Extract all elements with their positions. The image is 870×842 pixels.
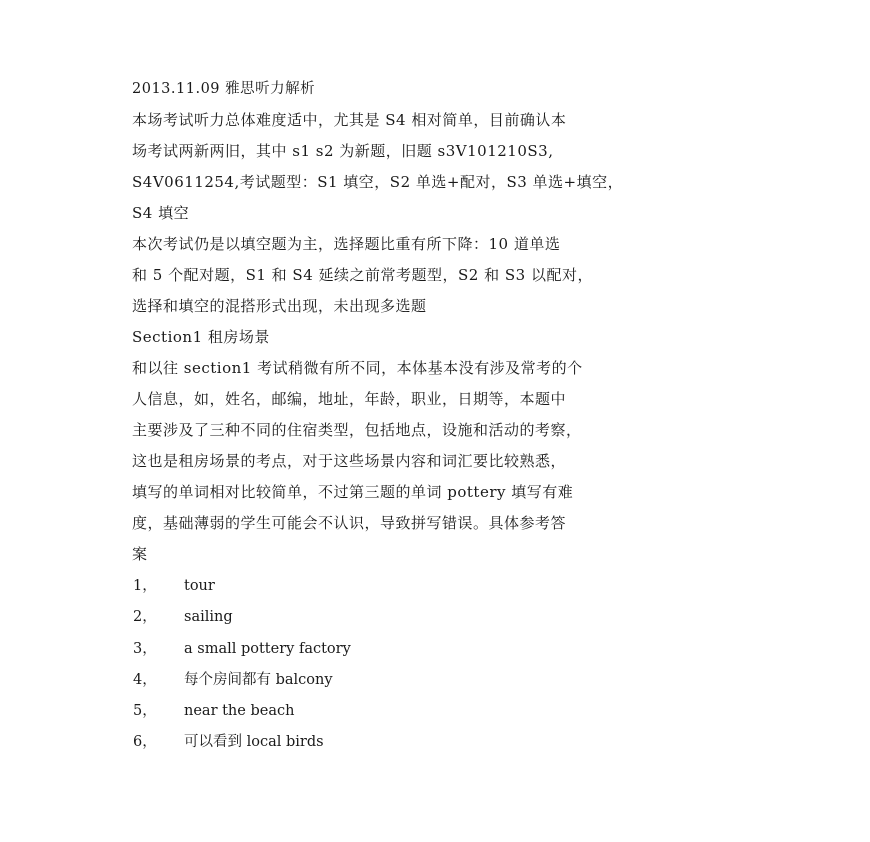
document-title: 2013.11.09 雅思听力解析 — [132, 74, 740, 105]
text-line: 和以往 section1 考试稍微有所不同，本体基本没有涉及常考的个 — [132, 353, 740, 384]
answer-number: 6， — [133, 727, 157, 758]
answer-number: 2， — [133, 602, 157, 633]
text-line: S4 填空 — [132, 198, 740, 229]
answer-text: near the beach — [184, 696, 294, 727]
answer-number: 1， — [133, 571, 157, 602]
answer-number: 5， — [133, 696, 157, 727]
text-line: 和 5 个配对题，S1 和 S4 延续之前常考题型，S2 和 S3 以配对， — [132, 260, 740, 291]
intro-paragraph-2: 本次考试仍是以填空题为主，选择题比重有所下降：10 道单选 和 5 个配对题，S… — [132, 229, 740, 322]
text-line: 选择和填空的混搭形式出现，未出现多选题 — [132, 291, 740, 322]
answer-text: a small pottery factory — [184, 634, 351, 665]
text-line: 人信息，如，姓名，邮编，地址，年龄，职业，日期等，本题中 — [132, 384, 740, 415]
text-line: 填写的单词相对比较简单，不过第三题的单词 pottery 填写有难 — [132, 477, 740, 508]
section-heading: Section1 租房场景 — [132, 322, 740, 353]
answer-item: 3， a small pottery factory — [132, 634, 740, 665]
answer-number: 4， — [133, 665, 157, 696]
text-line: 本次考试仍是以填空题为主，选择题比重有所下降：10 道单选 — [132, 229, 740, 260]
answer-item: 5， near the beach — [132, 696, 740, 727]
answer-item: 6， 可以看到 local birds — [132, 727, 740, 758]
intro-paragraph-1: 本场考试听力总体难度适中，尤其是 S4 相对简单，目前确认本 场考试两新两旧，其… — [132, 105, 740, 229]
section-paragraph: 和以往 section1 考试稍微有所不同，本体基本没有涉及常考的个 人信息，如… — [132, 353, 740, 570]
answer-text: 可以看到 local birds — [184, 727, 324, 758]
document-content: 2013.11.09 雅思听力解析 本场考试听力总体难度适中，尤其是 S4 相对… — [132, 74, 740, 759]
text-line: S4V0611254,考试题型：S1 填空，S2 单选+配对，S3 单选+填空， — [132, 167, 740, 198]
answer-item: 1， tour — [132, 571, 740, 602]
answer-text: tour — [184, 571, 215, 602]
text-line: 案 — [132, 539, 740, 570]
text-line: 场考试两新两旧，其中 s1 s2 为新题，旧题 s3V101210S3, — [132, 136, 740, 167]
document-page: 2013.11.09 雅思听力解析 本场考试听力总体难度适中，尤其是 S4 相对… — [0, 0, 870, 842]
answer-number: 3， — [133, 634, 157, 665]
answer-item: 4， 每个房间都有 balcony — [132, 665, 740, 696]
answer-text: 每个房间都有 balcony — [184, 665, 333, 696]
answer-list: 1， tour 2， sailing 3， a small pottery fa… — [132, 571, 740, 759]
answer-text: sailing — [184, 602, 233, 633]
answer-item: 2， sailing — [132, 602, 740, 633]
text-line: 主要涉及了三种不同的住宿类型，包括地点，设施和活动的考察， — [132, 415, 740, 446]
text-line: 度，基础薄弱的学生可能会不认识，导致拼写错误。具体参考答 — [132, 508, 740, 539]
text-line: 本场考试听力总体难度适中，尤其是 S4 相对简单，目前确认本 — [132, 105, 740, 136]
text-line: 这也是租房场景的考点，对于这些场景内容和词汇要比较熟悉， — [132, 446, 740, 477]
